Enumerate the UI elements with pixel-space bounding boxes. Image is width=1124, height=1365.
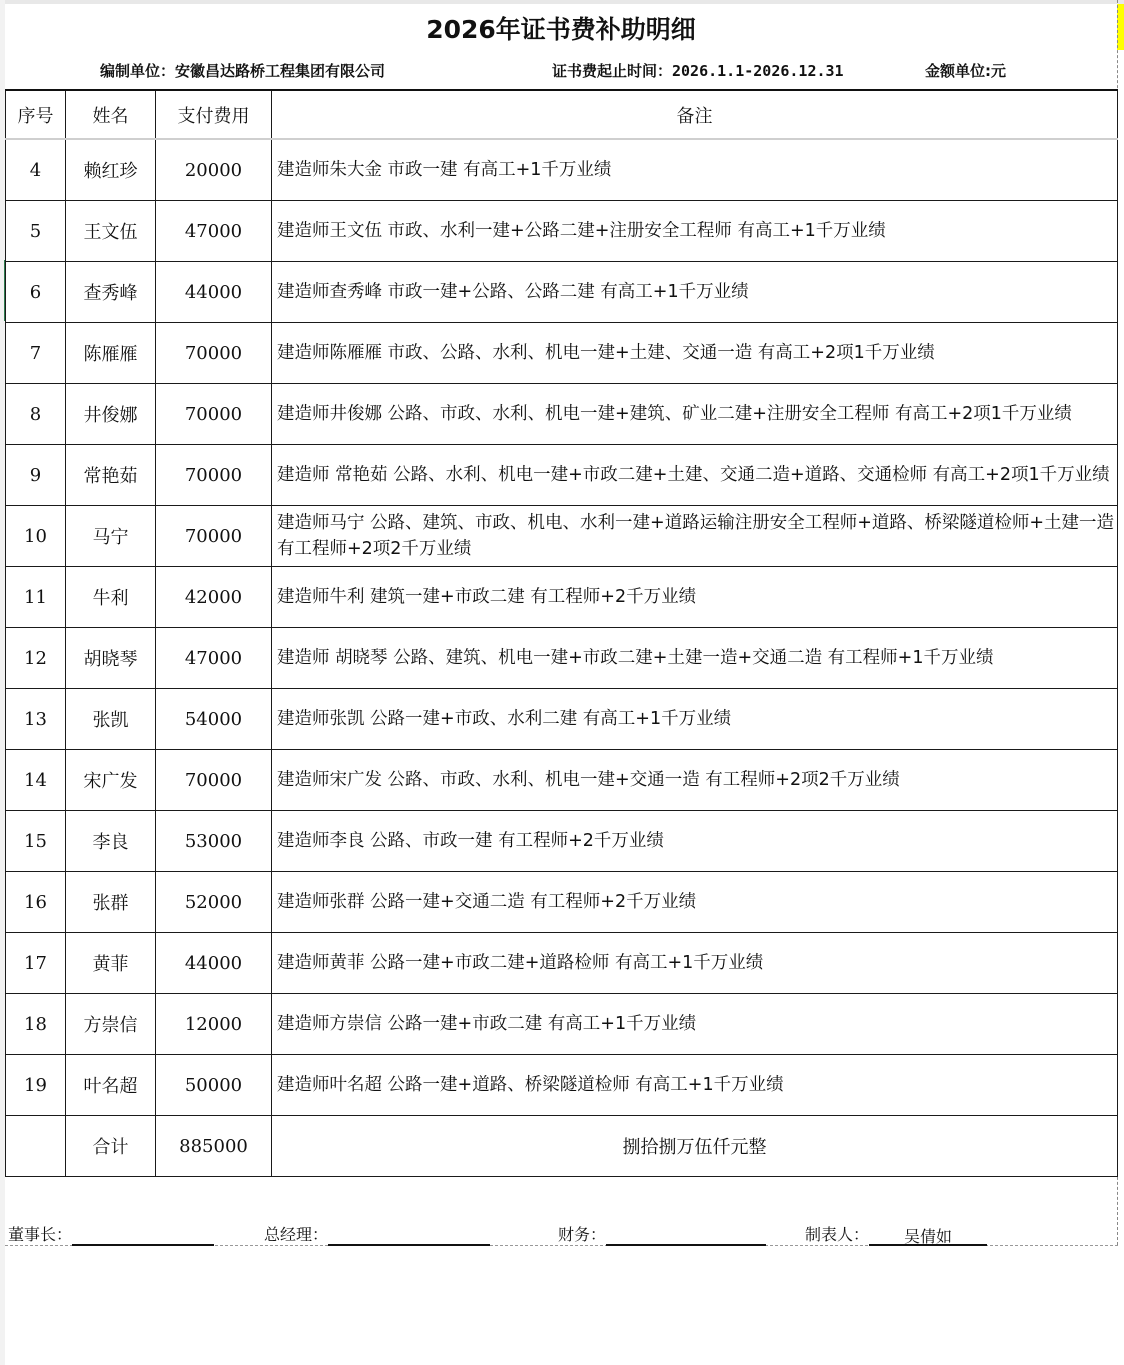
table-row: 12胡晓琴47000建造师 胡晓琴 公路、建筑、机电一建+市政二建+土建一造+交… (6, 628, 1118, 689)
header-no[interactable]: 序号 (6, 90, 66, 139)
row-name-cell[interactable]: 王文伍 (66, 201, 156, 262)
row-amount-cell[interactable]: 47000 (156, 201, 272, 262)
signature-finance: 财务： (558, 1224, 766, 1246)
row-no-cell[interactable]: 16 (6, 872, 66, 933)
signature-preparer: 制表人：吴倩如 (805, 1224, 987, 1246)
total-amount-in-words[interactable]: 捌拾捌万伍仟元整 (272, 1116, 1118, 1177)
row-amount-cell[interactable]: 54000 (156, 689, 272, 750)
table-row: 16张群52000建造师张群 公路一建+交通二造 有工程师+2千万业绩 (6, 872, 1118, 933)
row-amount-cell[interactable]: 50000 (156, 1055, 272, 1116)
header-row: 序号 姓名 支付费用 备注 (6, 90, 1118, 139)
row-amount-cell[interactable]: 70000 (156, 445, 272, 506)
unit-label: 金额单位:元 (925, 58, 1006, 84)
row-name-cell[interactable]: 李良 (66, 811, 156, 872)
row-no-cell[interactable]: 7 (6, 323, 66, 384)
row-name-cell[interactable]: 牛利 (66, 567, 156, 628)
total-label[interactable]: 合计 (66, 1116, 156, 1177)
row-note-cell[interactable]: 建造师张群 公路一建+交通二造 有工程师+2千万业绩 (272, 872, 1118, 933)
row-amount-cell[interactable]: 70000 (156, 506, 272, 567)
document-title: 2026年证书费补助明细 (5, 10, 1117, 50)
row-note-cell[interactable]: 建造师井俊娜 公路、市政、水利、机电一建+建筑、矿业二建+注册安全工程师 有高工… (272, 384, 1118, 445)
row-amount-cell[interactable]: 70000 (156, 750, 272, 811)
table-row: 7陈雁雁70000建造师陈雁雁 市政、公路、水利、机电一建+土建、交通一造 有高… (6, 323, 1118, 384)
row-note-cell[interactable]: 建造师查秀峰 市政一建+公路、公路二建 有高工+1千万业绩 (272, 262, 1118, 323)
table-row: 19叶名超50000建造师叶名超 公路一建+道路、桥梁隧道检师 有高工+1千万业… (6, 1055, 1118, 1116)
finance-signature-line[interactable] (606, 1226, 766, 1246)
row-note-cell[interactable]: 建造师李良 公路、市政一建 有工程师+2千万业绩 (272, 811, 1118, 872)
row-name-cell[interactable]: 胡晓琴 (66, 628, 156, 689)
chairman-signature-line[interactable] (72, 1226, 214, 1246)
row-no-cell[interactable]: 19 (6, 1055, 66, 1116)
table-row: 17黄菲44000建造师黄菲 公路一建+市政二建+道路检师 有高工+1千万业绩 (6, 933, 1118, 994)
row-note-cell[interactable]: 建造师叶名超 公路一建+道路、桥梁隧道检师 有高工+1千万业绩 (272, 1055, 1118, 1116)
preparer-label: 制表人： (805, 1225, 869, 1244)
row-name-cell[interactable]: 方崇信 (66, 994, 156, 1055)
row-no-cell[interactable]: 12 (6, 628, 66, 689)
row-note-cell[interactable]: 建造师陈雁雁 市政、公路、水利、机电一建+土建、交通一造 有高工+2项1千万业绩 (272, 323, 1118, 384)
sheet-top-gridline (0, 0, 1124, 4)
total-row: 合计 885000 捌拾捌万伍仟元整 (6, 1116, 1118, 1177)
row-no-cell[interactable]: 18 (6, 994, 66, 1055)
gm-label: 总经理： (264, 1225, 328, 1244)
row-name-cell[interactable]: 常艳茹 (66, 445, 156, 506)
row-note-cell[interactable]: 建造师王文伍 市政、水利一建+公路二建+注册安全工程师 有高工+1千万业绩 (272, 201, 1118, 262)
row-no-cell[interactable]: 5 (6, 201, 66, 262)
row-no-cell[interactable]: 14 (6, 750, 66, 811)
row-note-cell[interactable]: 建造师 胡晓琴 公路、建筑、机电一建+市政二建+土建一造+交通二造 有工程师+1… (272, 628, 1118, 689)
row-name-cell[interactable]: 张凯 (66, 689, 156, 750)
row-no-cell[interactable]: 11 (6, 567, 66, 628)
row-name-cell[interactable]: 马宁 (66, 506, 156, 567)
table-row: 18方崇信12000建造师方崇信 公路一建+市政二建 有高工+1千万业绩 (6, 994, 1118, 1055)
row-no-cell[interactable]: 8 (6, 384, 66, 445)
row-amount-cell[interactable]: 47000 (156, 628, 272, 689)
finance-label: 财务： (558, 1225, 606, 1244)
table-row: 11牛利42000建造师牛利 建筑一建+市政二建 有工程师+2千万业绩 (6, 567, 1118, 628)
row-no-cell[interactable]: 4 (6, 139, 66, 201)
row-note-cell[interactable]: 建造师 常艳茹 公路、水利、机电一建+市政二建+土建、交通二造+道路、交通检师 … (272, 445, 1118, 506)
table-row: 15李良53000建造师李良 公路、市政一建 有工程师+2千万业绩 (6, 811, 1118, 872)
table-body: 4赖红珍20000建造师朱大金 市政一建 有高工+1千万业绩5王文伍47000建… (6, 139, 1118, 1116)
row-no-cell[interactable]: 9 (6, 445, 66, 506)
row-note-cell[interactable]: 建造师张凯 公路一建+市政、水利二建 有高工+1千万业绩 (272, 689, 1118, 750)
table-row: 5王文伍47000建造师王文伍 市政、水利一建+公路二建+注册安全工程师 有高工… (6, 201, 1118, 262)
table-row: 10马宁70000建造师马宁 公路、建筑、市政、机电、水利一建+道路运输注册安全… (6, 506, 1118, 567)
gm-signature-line[interactable] (328, 1226, 490, 1246)
row-note-cell[interactable]: 建造师方崇信 公路一建+市政二建 有高工+1千万业绩 (272, 994, 1118, 1055)
table-row: 6查秀峰44000建造师查秀峰 市政一建+公路、公路二建 有高工+1千万业绩 (6, 262, 1118, 323)
row-name-cell[interactable]: 黄菲 (66, 933, 156, 994)
row-note-cell[interactable]: 建造师朱大金 市政一建 有高工+1千万业绩 (272, 139, 1118, 201)
org-label: 编制单位：安徽昌达路桥工程集团有限公司 (100, 58, 385, 84)
subsidy-table: 序号 姓名 支付费用 备注 4赖红珍20000建造师朱大金 市政一建 有高工+1… (5, 89, 1118, 1177)
row-no-cell[interactable]: 17 (6, 933, 66, 994)
row-amount-cell[interactable]: 42000 (156, 567, 272, 628)
table-row: 13张凯54000建造师张凯 公路一建+市政、水利二建 有高工+1千万业绩 (6, 689, 1118, 750)
table-row: 9常艳茹70000建造师 常艳茹 公路、水利、机电一建+市政二建+土建、交通二造… (6, 445, 1118, 506)
row-name-cell[interactable]: 叶名超 (66, 1055, 156, 1116)
row-note-cell[interactable]: 建造师牛利 建筑一建+市政二建 有工程师+2千万业绩 (272, 567, 1118, 628)
row-note-cell[interactable]: 建造师宋广发 公路、市政、水利、机电一建+交通一造 有工程师+2项2千万业绩 (272, 750, 1118, 811)
row-no-cell[interactable]: 13 (6, 689, 66, 750)
chairman-label: 董事长： (8, 1225, 72, 1244)
row-name-cell[interactable]: 陈雁雁 (66, 323, 156, 384)
row-amount-cell[interactable]: 53000 (156, 811, 272, 872)
row-note-cell[interactable]: 建造师黄菲 公路一建+市政二建+道路检师 有高工+1千万业绩 (272, 933, 1118, 994)
row-no-cell[interactable]: 15 (6, 811, 66, 872)
row-name-cell[interactable]: 张群 (66, 872, 156, 933)
total-amount[interactable]: 885000 (156, 1116, 272, 1177)
header-name[interactable]: 姓名 (66, 90, 156, 139)
row-name-cell[interactable]: 宋广发 (66, 750, 156, 811)
signature-gm: 总经理： (264, 1224, 490, 1246)
row-amount-cell[interactable]: 44000 (156, 262, 272, 323)
header-amount[interactable]: 支付费用 (156, 90, 272, 139)
table-row: 8井俊娜70000建造师井俊娜 公路、市政、水利、机电一建+建筑、矿业二建+注册… (6, 384, 1118, 445)
row-amount-cell[interactable]: 12000 (156, 994, 272, 1055)
preparer-signature-line[interactable]: 吴倩如 (869, 1226, 987, 1246)
row-no-cell[interactable]: 10 (6, 506, 66, 567)
row-amount-cell[interactable]: 20000 (156, 139, 272, 201)
header-note[interactable]: 备注 (272, 90, 1118, 139)
period-label: 证书费起止时间：2026.1.1-2026.12.31 (552, 58, 844, 84)
row-note-cell[interactable]: 建造师马宁 公路、建筑、市政、机电、水利一建+道路运输注册安全工程师+道路、桥梁… (272, 506, 1118, 567)
row-amount-cell[interactable]: 52000 (156, 872, 272, 933)
row-amount-cell[interactable]: 70000 (156, 384, 272, 445)
row-amount-cell[interactable]: 44000 (156, 933, 272, 994)
signature-chairman: 董事长： (8, 1224, 214, 1246)
table-row: 14宋广发70000建造师宋广发 公路、市政、水利、机电一建+交通一造 有工程师… (6, 750, 1118, 811)
row-no-cell[interactable]: 6 (6, 262, 66, 323)
row-name-cell[interactable]: 井俊娜 (66, 384, 156, 445)
total-no-cell[interactable] (6, 1116, 66, 1177)
row-name-cell[interactable]: 赖红珍 (66, 139, 156, 201)
row-amount-cell[interactable]: 70000 (156, 323, 272, 384)
table-row: 4赖红珍20000建造师朱大金 市政一建 有高工+1千万业绩 (6, 139, 1118, 201)
highlighted-cell[interactable] (1117, 4, 1124, 50)
row-name-cell[interactable]: 查秀峰 (66, 262, 156, 323)
